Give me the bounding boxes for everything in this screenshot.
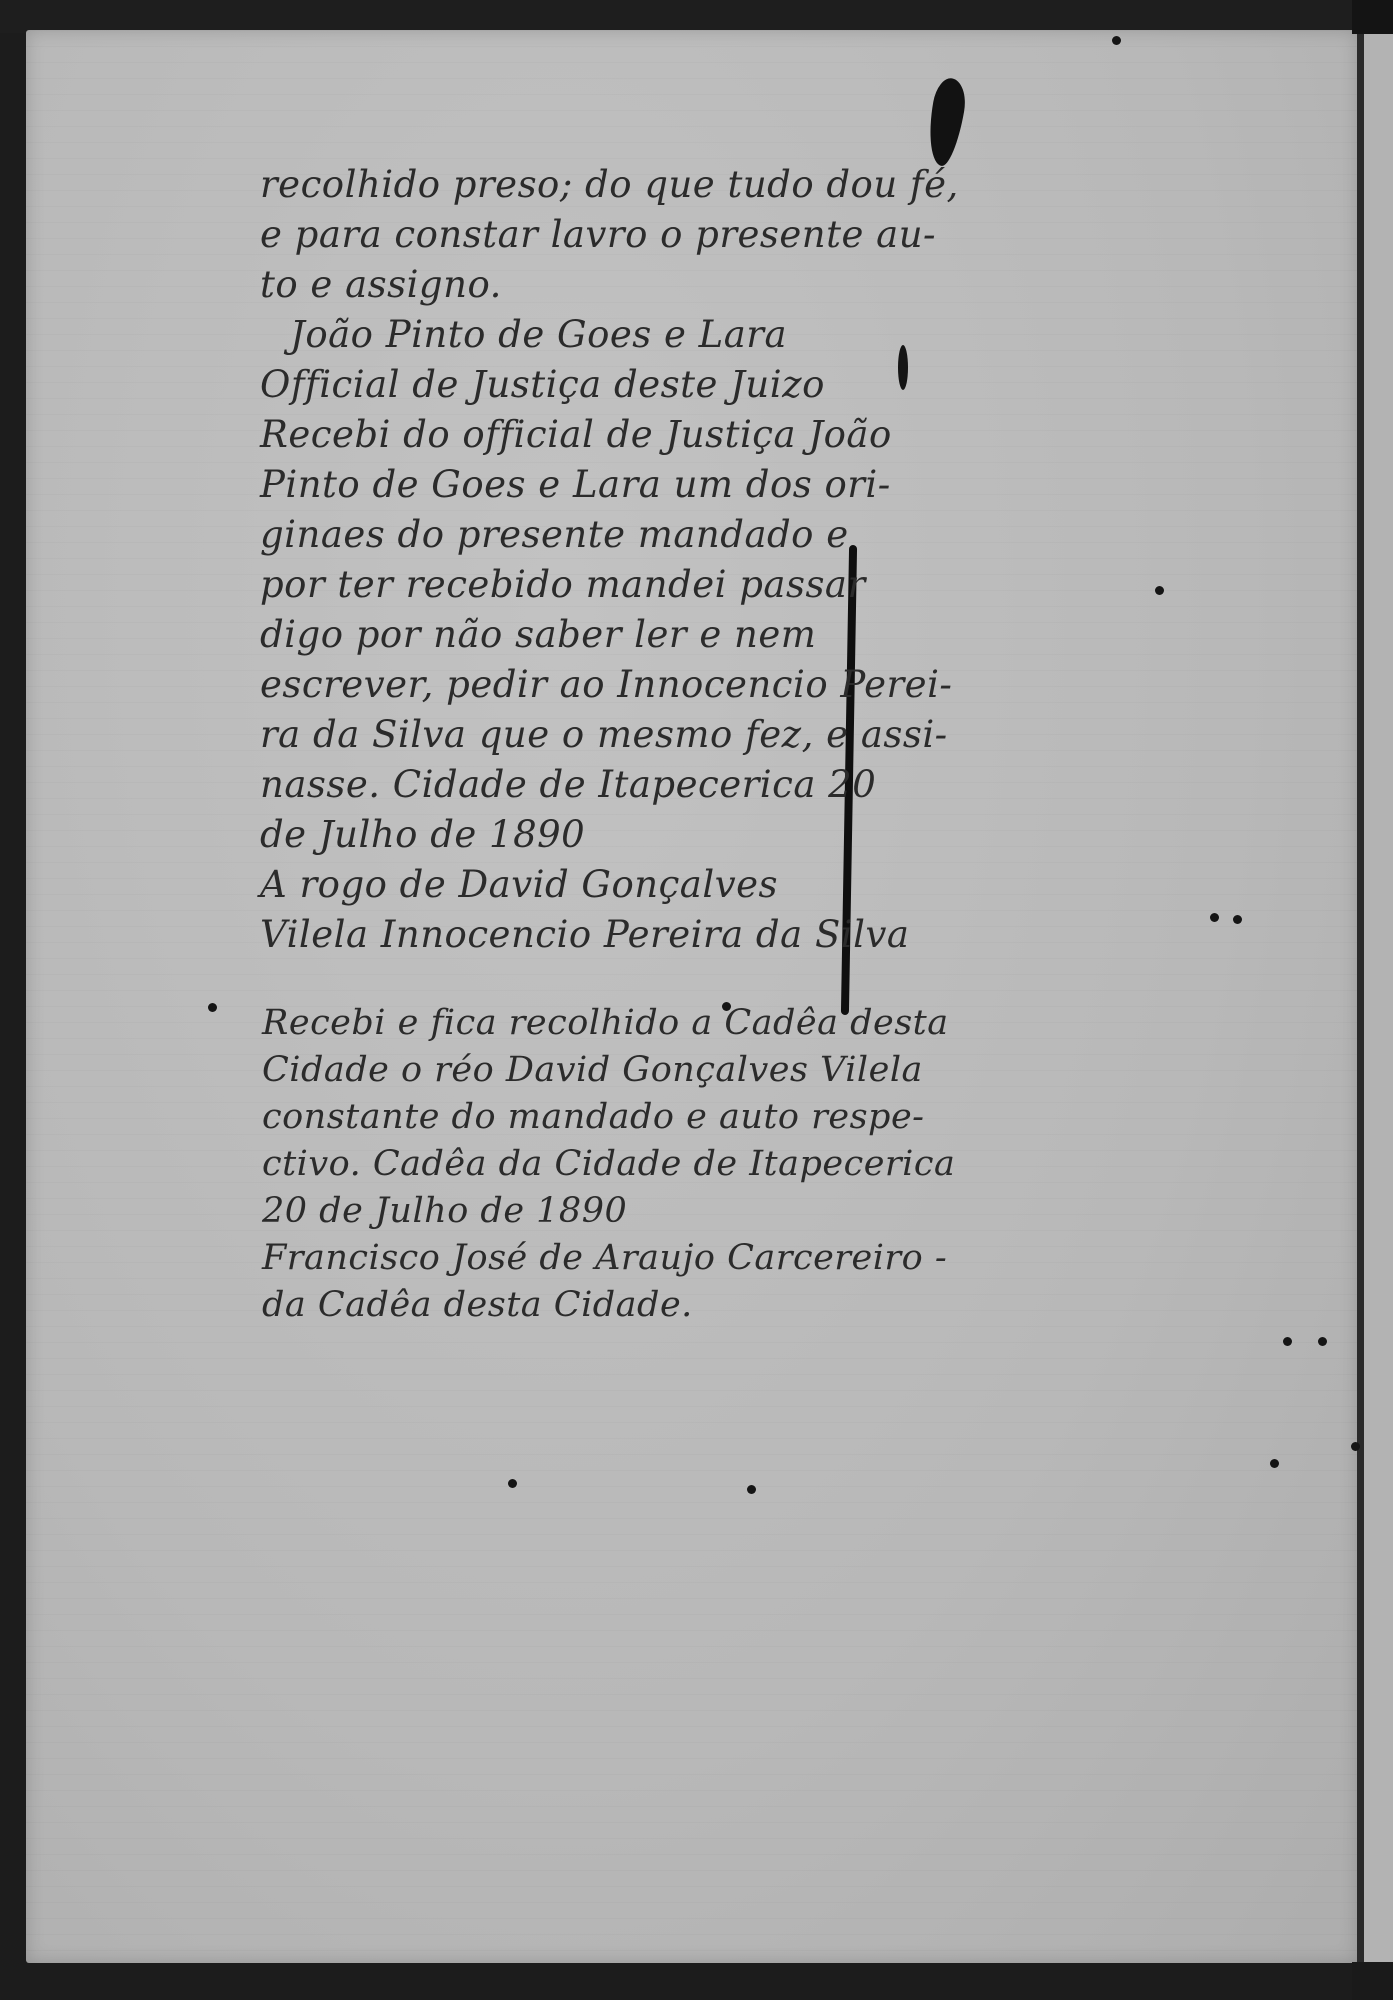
- paper-speck: [747, 1485, 756, 1494]
- paper-speck: [1318, 1337, 1327, 1346]
- handwritten-line: constante do mandado e auto respe-: [262, 1094, 955, 1141]
- signature-line: A rogo de David Gonçalves: [260, 860, 959, 910]
- paper-speck: [1270, 1459, 1279, 1468]
- signature-title-line: da Cadêa desta Cidade.: [262, 1282, 955, 1329]
- handwritten-line: to e assigno.: [260, 260, 959, 310]
- paper-speck: [1112, 36, 1121, 45]
- scan-corner-bottom-right: [1352, 1962, 1393, 2000]
- signature-title-line: Official de Justiça deste Juizo: [260, 360, 959, 410]
- signature-line: João Pinto de Goes e Lara: [260, 310, 959, 360]
- handwritten-line: ginaes do presente mandado e: [260, 510, 959, 560]
- date-line: de Julho de 1890: [260, 810, 959, 860]
- handwritten-line: Recebi e fica recolhido a Cadêa desta: [262, 1000, 955, 1047]
- handwritten-line: ctivo. Cadêa da Cidade de Itapecerica: [262, 1141, 955, 1188]
- scan-top-border: [0, 0, 1393, 33]
- handwritten-record-paragraph: recolhido preso; do que tudo dou fé, e p…: [260, 160, 959, 960]
- paper-speck: [208, 1003, 217, 1012]
- paper-speck: [1233, 915, 1242, 924]
- handwritten-line: digo por não saber ler e nem: [260, 610, 959, 660]
- page-fold-line: [1357, 30, 1364, 1980]
- date-line: 20 de Julho de 1890: [262, 1188, 955, 1235]
- handwritten-line: ra da Silva que o mesmo fez, e assi-: [260, 710, 959, 760]
- jailer-receipt-paragraph: Recebi e fica recolhido a Cadêa desta Ci…: [262, 1000, 955, 1329]
- paper-speck: [1351, 1442, 1360, 1451]
- paper-speck: [1283, 1337, 1292, 1346]
- handwritten-line: recolhido preso; do que tudo dou fé,: [260, 160, 959, 210]
- handwritten-line: escrever, pedir ao Innocencio Perei-: [260, 660, 959, 710]
- paper-speck: [508, 1479, 517, 1488]
- handwritten-line: Cidade o réo David Gonçalves Vilela: [262, 1047, 955, 1094]
- handwritten-line: e para constar lavro o presente au-: [260, 210, 959, 260]
- handwritten-line: Pinto de Goes e Lara um dos ori-: [260, 460, 959, 510]
- handwritten-line: por ter recebido mandei passar: [260, 560, 959, 610]
- signature-line: Vilela Innocencio Pereira da Silva: [260, 910, 959, 960]
- handwritten-line: nasse. Cidade de Itapecerica 20: [260, 760, 959, 810]
- paper-speck: [1210, 913, 1219, 922]
- signature-line: Francisco José de Araujo Carcereiro -: [262, 1235, 955, 1282]
- handwritten-line: Recebi do official de Justiça João: [260, 410, 959, 460]
- scan-corner-top-right: [1352, 0, 1393, 34]
- paper-speck: [1155, 586, 1164, 595]
